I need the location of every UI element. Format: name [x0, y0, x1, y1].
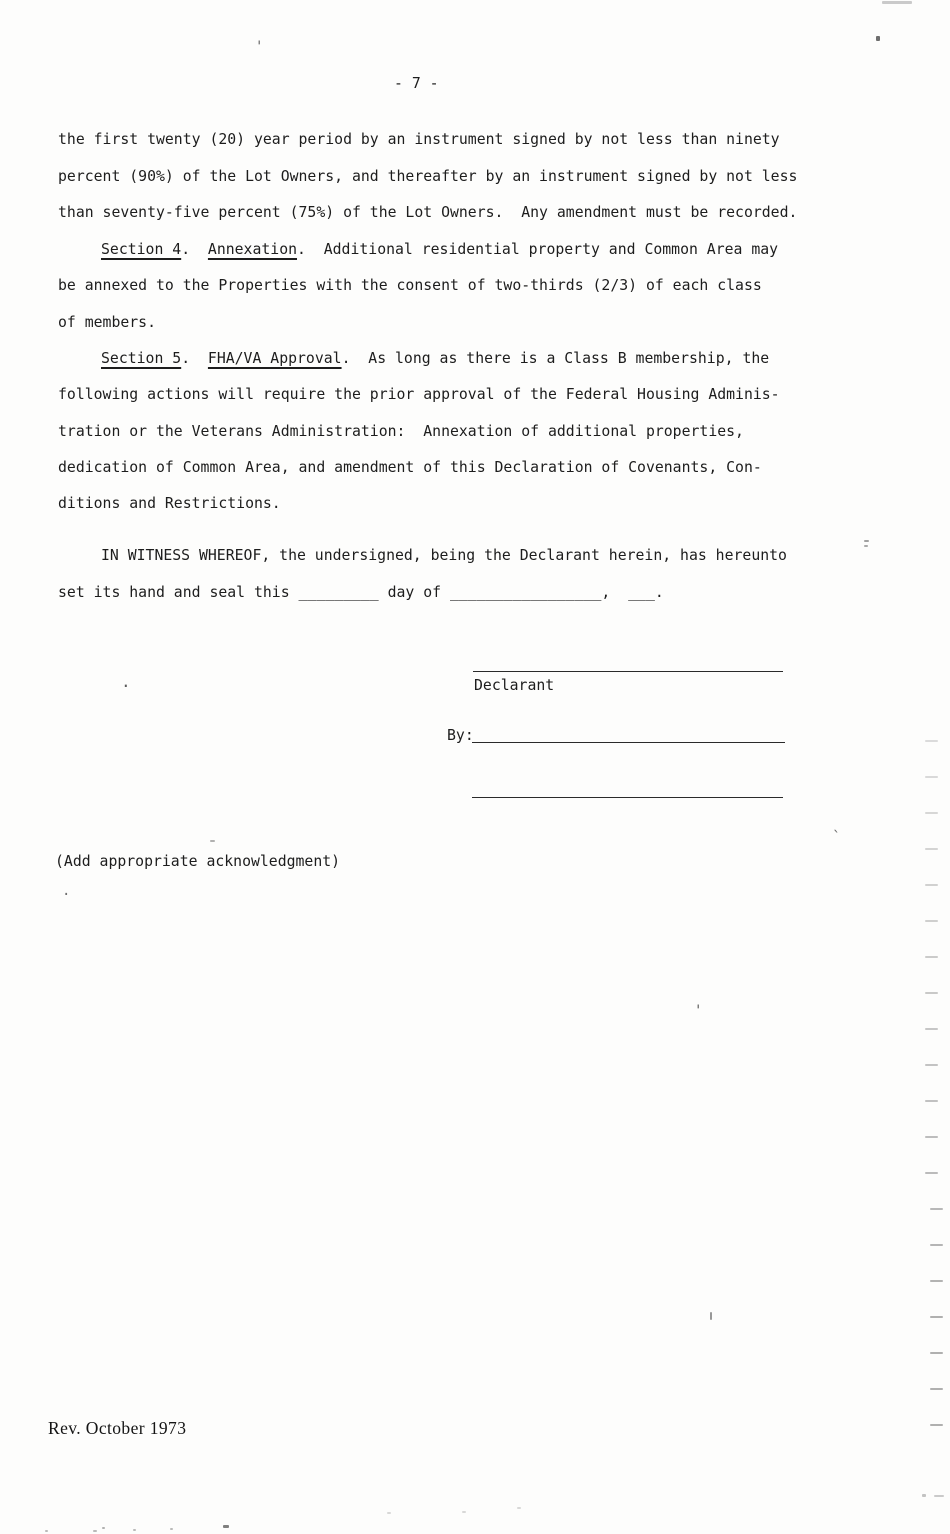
text-segment: . As long as there is a Class B membersh…: [342, 350, 770, 367]
margin-tick: [925, 1100, 938, 1102]
margin-tick: [930, 1280, 943, 1282]
scan-speck: [462, 1511, 466, 1513]
text-segment: .: [181, 350, 208, 367]
margin-tick: [925, 1064, 938, 1066]
margin-tick: [925, 740, 938, 742]
text-segment: tration or the Veterans Administration: …: [58, 423, 744, 440]
stray-mark: `: [832, 830, 841, 845]
scan-speck: [387, 1512, 391, 1514]
margin-tick: [925, 848, 938, 850]
text-line: percent (90%) of the Lot Owners, and the…: [58, 167, 797, 186]
margin-tick: [925, 1028, 938, 1030]
text-line: Section 4. Annexation. Additional reside…: [101, 240, 778, 259]
text-segment: be annexed to the Properties with the co…: [58, 277, 762, 294]
scan-speck: [210, 840, 215, 842]
text-segment: ditions and Restrictions.: [58, 495, 281, 512]
margin-tick: [930, 1388, 943, 1390]
scan-speck: [170, 1528, 173, 1530]
underlined-heading: Annexation: [208, 241, 297, 258]
scan-speck: [922, 1494, 926, 1497]
scan-speck: [133, 1529, 136, 1531]
text-segment: percent (90%) of the Lot Owners, and the…: [58, 168, 797, 185]
margin-tick: [925, 1136, 938, 1138]
signature-rule-by: [472, 742, 785, 743]
scan-speck: [864, 540, 869, 542]
scan-speck: [876, 36, 880, 41]
text-line: dedication of Common Area, and amendment…: [58, 458, 762, 477]
text-segment: than seventy-five percent (75%) of the L…: [58, 204, 797, 221]
scan-speck: [223, 1525, 229, 1528]
scanned-document-page: - 7 - the first twenty (20) year period …: [0, 0, 950, 1534]
text-line: of members.: [58, 313, 156, 332]
text-line: set its hand and seal this _________ day…: [58, 583, 664, 602]
declarant-label: Declarant: [474, 677, 554, 694]
margin-tick: [925, 920, 938, 922]
stray-mark: ': [694, 1004, 702, 1018]
scan-speck: [102, 1527, 105, 1529]
text-segment: dedication of Common Area, and amendment…: [58, 459, 762, 476]
scan-speck: [45, 1530, 48, 1532]
text-segment: .: [181, 241, 208, 258]
scan-speck: [934, 1495, 944, 1497]
text-line: the first twenty (20) year period by an …: [58, 130, 780, 149]
text-segment: following actions will require the prior…: [58, 386, 780, 403]
signature-rule-declarant: [473, 671, 783, 672]
scan-speck: [882, 1, 912, 4]
by-label: By:: [447, 727, 474, 744]
text-line: ditions and Restrictions.: [58, 494, 281, 513]
page-number: - 7 -: [394, 75, 439, 92]
scan-speck: [864, 545, 868, 547]
acknowledgment-note: (Add appropriate acknowledgment): [55, 853, 340, 870]
margin-tick: [925, 1172, 938, 1174]
text-segment: of members.: [58, 314, 156, 331]
stray-mark: .: [121, 674, 131, 690]
revision-footer: Rev. October 1973: [48, 1418, 186, 1439]
text-segment: the first twenty (20) year period by an …: [58, 131, 780, 148]
margin-tick: [930, 1352, 943, 1354]
text-segment: set its hand and seal this _________ day…: [58, 584, 664, 601]
margin-tick: [930, 1208, 943, 1210]
margin-tick: [930, 1316, 943, 1318]
scan-speck: [710, 1312, 712, 1320]
stray-mark: ·: [62, 888, 70, 902]
margin-tick: [925, 776, 938, 778]
scan-speck: [93, 1530, 97, 1532]
underlined-heading: Section 5: [101, 350, 181, 367]
margin-tick: [925, 812, 938, 814]
scan-speck: [517, 1507, 521, 1509]
margin-tick: [925, 992, 938, 994]
text-line: be annexed to the Properties with the co…: [58, 276, 762, 295]
text-line: tration or the Veterans Administration: …: [58, 422, 744, 441]
text-segment: IN WITNESS WHEREOF, the undersigned, bei…: [101, 547, 787, 564]
margin-tick: [930, 1244, 943, 1246]
text-line: Section 5. FHA/VA Approval. As long as t…: [101, 349, 769, 368]
text-segment: . Additional residential property and Co…: [297, 241, 778, 258]
margin-tick: [925, 884, 938, 886]
stray-mark: ': [255, 40, 263, 54]
margin-tick: [925, 956, 938, 958]
margin-tick: [930, 1424, 943, 1426]
underlined-heading: Section 4: [101, 241, 181, 258]
signature-rule-third: [472, 797, 783, 798]
text-line: than seventy-five percent (75%) of the L…: [58, 203, 797, 222]
text-line: following actions will require the prior…: [58, 385, 780, 404]
underlined-heading: FHA/VA Approval: [208, 350, 342, 367]
text-line: IN WITNESS WHEREOF, the undersigned, bei…: [101, 546, 787, 565]
